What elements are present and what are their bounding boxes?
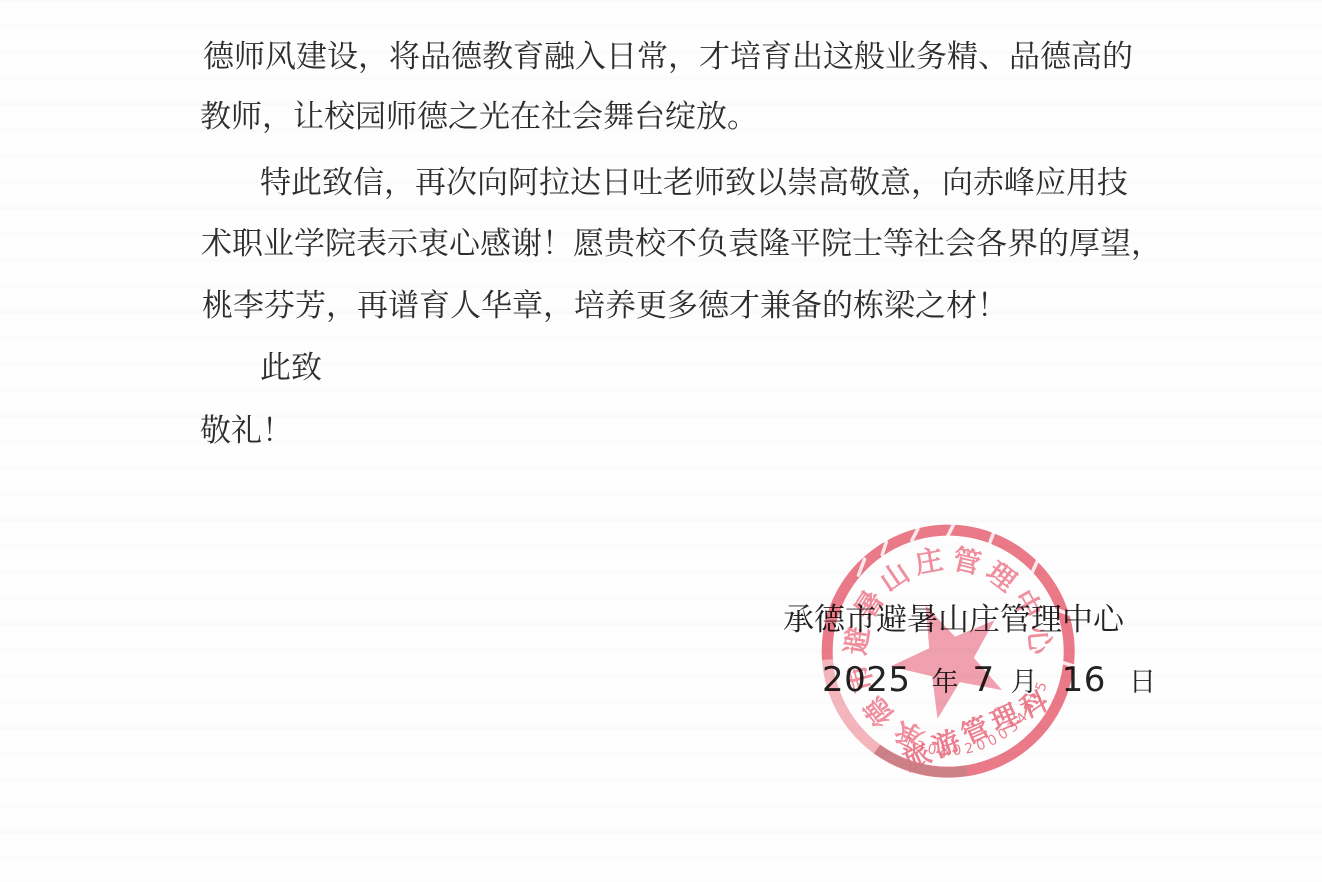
body-line: 桃李芬芳，再谱育人华章，培养更多德才兼备的栋梁之材！ [202, 290, 1008, 321]
signature-org-name: 承德市避暑山庄管理中心 [783, 602, 1124, 638]
seal-ring [788, 491, 1108, 811]
svg-text:承德市避暑山庄管理中心: 承德市避暑山庄管理中心 [804, 507, 1081, 770]
date-year-label: 年 [932, 660, 959, 699]
date-day-label: 日 [1129, 660, 1156, 699]
seal-smudge-arc [877, 719, 967, 800]
date-line: 2025 年 7 月 16 日 [822, 660, 1156, 700]
body-line: 特此致信，再次向阿拉达日吐老师致以崇高敬意，向赤峰应用技 [260, 167, 1128, 198]
date-month: 7 [973, 660, 995, 700]
scanned-letter-page: 德师风建设，将品德教育融入日常，才培育出这般业务精、品德高的 教师，让校园师德之… [0, 0, 1322, 882]
date-year: 2025 [822, 660, 911, 700]
body-line: 德师风建设，将品德教育融入日常，才培育出这般业务精、品德高的 [203, 41, 1133, 72]
seal-arc-text: 承德市避暑山庄管理中心 [804, 507, 1081, 770]
body-line-salutation: 此致 [260, 352, 322, 383]
date-month-label: 月 [1011, 660, 1038, 699]
date-day: 16 [1062, 660, 1106, 700]
body-line: 术职业学院表示衷心感谢！愿贵校不负袁隆平院士等社会各界的厚望， [201, 228, 1162, 259]
body-line-salute: 敬礼！ [200, 415, 293, 446]
body-line: 教师，让校园师德之光在社会舞台绽放。 [200, 101, 758, 132]
